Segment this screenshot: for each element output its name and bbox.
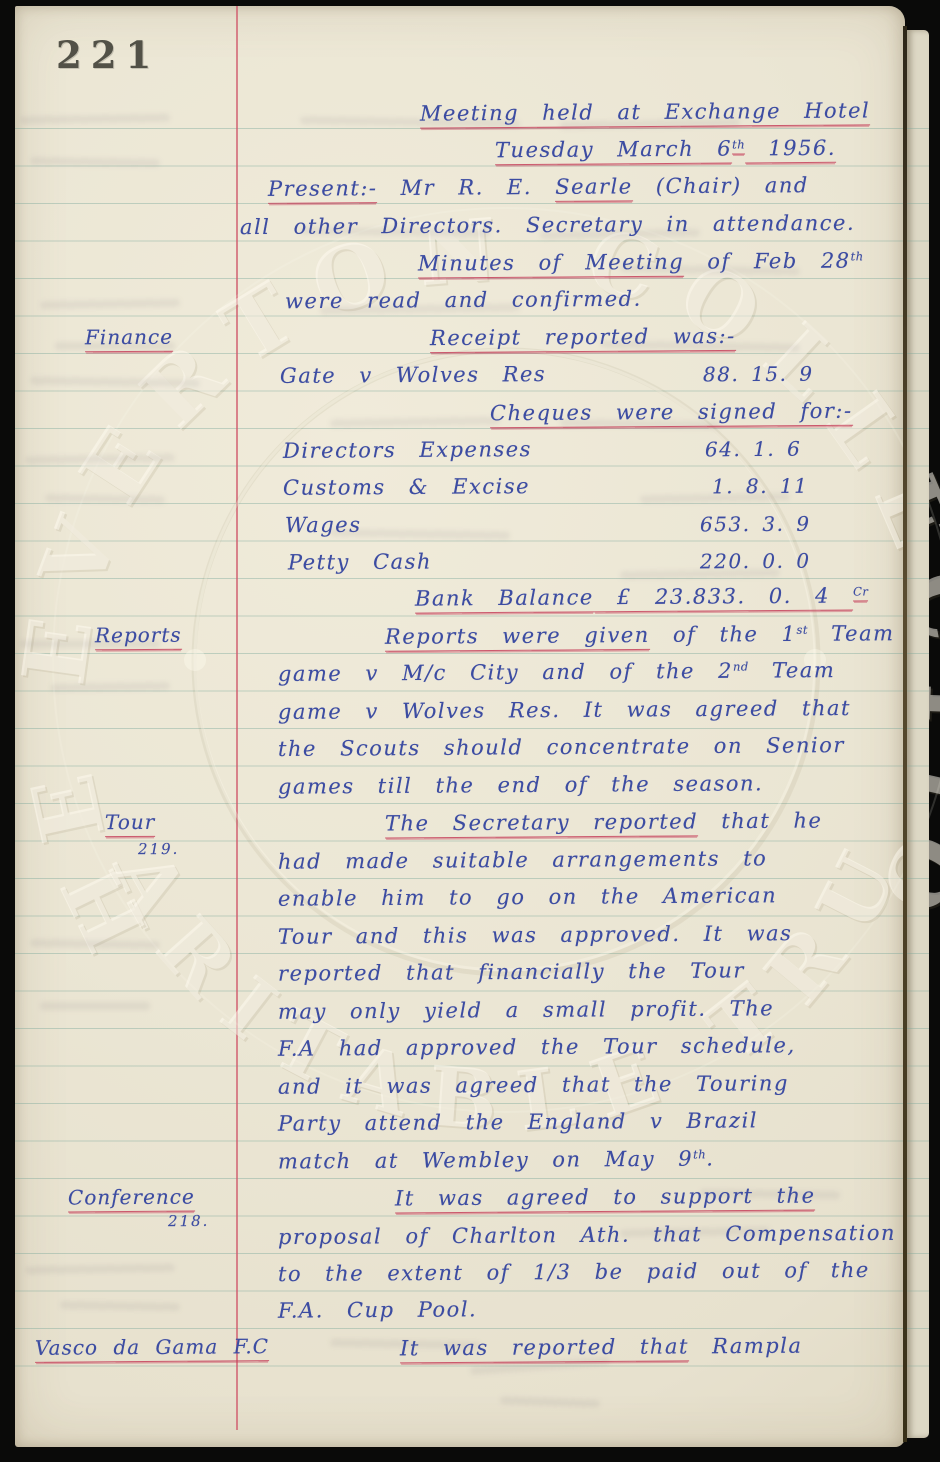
line-conference-label: Conference (68, 1185, 195, 1210)
text-segment: reported that financially the Tour (278, 958, 745, 985)
text-segment: Searle (555, 174, 633, 202)
text-segment: th (693, 1147, 706, 1161)
line-reports-label: Reports (95, 623, 182, 648)
line-conference-line-2: proposal of Charlton Ath. that Compensat… (278, 1221, 896, 1249)
text-segment: Cr (853, 584, 868, 601)
line-directors-expenses-amount: 64. 1. 6 (705, 437, 801, 462)
line-tour-line-10: match at Wembley on May 9th. (278, 1146, 715, 1173)
text-segment: Petty Cash (288, 549, 432, 574)
line-tour-line-6: may only yield a small profit. The (278, 996, 774, 1023)
text-segment: 64. 1. 6 (705, 437, 801, 462)
folio-number-stamp: 221 (56, 33, 160, 77)
line-minutes-2: were read and confirmed. (285, 287, 642, 313)
line-cheques-heading: Cheques were signed for:- (490, 399, 853, 426)
text-segment: F.A. Cup Pool. (278, 1297, 477, 1322)
adjacent-page-edge (907, 30, 929, 1438)
text-segment: all other Directors. Secretary in attend… (240, 211, 855, 239)
line-gate-amount: 88. 15. 9 (703, 362, 814, 387)
red-margin-rule (236, 6, 238, 1430)
text-segment: Reports (95, 623, 182, 651)
line-tour-line-3: enable him to go on the American (278, 883, 777, 910)
text-segment: Tour and this was approved. It was (278, 921, 793, 949)
line-present-1: Present:- Mr R. E. Searle (Chair) and (268, 173, 809, 201)
line-finance-label: Finance (85, 325, 173, 350)
text-segment: Rampla (689, 1334, 803, 1359)
line-bank-balance: Bank Balance £ 23.833. 0. 4 Cr (415, 583, 869, 610)
line-heading-venue: Meeting held at Exchange Hotel (420, 98, 870, 125)
line-conference-line-4: F.A. Cup Pool. (278, 1297, 477, 1322)
text-segment: to the extent of 1/3 be paid out of the (278, 1258, 870, 1286)
line-conference-line-3: to the extent of 1/3 be paid out of the (278, 1258, 870, 1286)
text-segment: nd (733, 660, 749, 674)
text-segment: and it was agreed that the Touring (278, 1071, 789, 1099)
text-segment: Mr R. E. (377, 175, 555, 200)
text-segment: 88. 15. 9 (703, 362, 814, 387)
line-petty-cash-amount: 220. 0. 0 (700, 549, 811, 574)
line-petty-cash-item: Petty Cash (288, 549, 432, 574)
line-reports-line-1: Reports were given of the 1st Team (385, 621, 895, 649)
line-customs-excise-item: Customs & Excise (283, 474, 530, 500)
text-segment: F.A had approved the Tour schedule, (278, 1033, 796, 1061)
text-segment: the Scouts should concentrate on Senior (278, 733, 845, 761)
ink-bleed-smudge (40, 1002, 150, 1010)
text-segment: 1. 8. 11 (712, 474, 808, 499)
line-wages-amount: 653. 3. 9 (700, 512, 811, 537)
line-conference-ref: 218. (168, 1212, 210, 1230)
line-heading-date: Tuesday March 6th 1956. (495, 136, 836, 162)
text-segment: game v M/c City and of the 2 (278, 659, 733, 686)
line-vasco-line-1: It was reported that Rampla (400, 1334, 803, 1361)
text-segment: 1956. (745, 136, 836, 164)
line-reports-line-4: the Scouts should concentrate on Senior (278, 733, 845, 761)
line-tour-line-7: F.A had approved the Tour schedule, (278, 1033, 796, 1061)
text-segment: £ 23.833. 0. 4 (594, 584, 853, 613)
adjacent-page-rules (907, 128, 929, 1373)
line-tour-line-9: Party attend the England v Brazil (278, 1108, 758, 1135)
line-customs-excise-amount: 1. 8. 11 (712, 474, 808, 499)
text-segment: Receipt reported was:- (430, 324, 736, 353)
text-segment: Reports were given (385, 623, 650, 652)
text-segment: had made suitable arrangements to (278, 846, 767, 873)
text-segment: Minutes of Meeting (418, 250, 684, 279)
text-segment: match at Wembley on May 9 (278, 1147, 693, 1174)
text-segment: Tuesday March 6 (495, 137, 732, 166)
text-segment: Wages (285, 513, 362, 538)
text-segment: Team (749, 658, 836, 683)
text-segment: Tour (105, 810, 155, 837)
text-segment: game v Wolves Res. It was agreed that (278, 696, 851, 724)
text-segment: that he (698, 808, 822, 833)
line-tour-line-8: and it was agreed that the Touring (278, 1071, 789, 1099)
line-tour-ref: 219. (138, 840, 180, 858)
text-segment: 653. 3. 9 (700, 512, 811, 537)
text-segment: 219. (138, 840, 180, 858)
text-segment: Party attend the England v Brazil (278, 1108, 758, 1135)
text-segment: proposal of Charlton Ath. that Compensat… (278, 1221, 896, 1249)
text-segment: It was reported that (400, 1334, 689, 1363)
text-segment: of Feb 28 (684, 249, 851, 274)
line-directors-expenses-item: Directors Expenses (283, 437, 532, 463)
text-segment: may only yield a small profit. The (278, 996, 774, 1023)
text-segment: th (851, 249, 864, 263)
text-segment: Meeting held at Exchange Hotel (420, 98, 870, 128)
line-gate-item: Gate v Wolves Res (280, 362, 546, 388)
line-tour-line-1: The Secretary reported that he (385, 808, 823, 835)
text-segment: were read and confirmed. (285, 287, 642, 313)
text-segment: enable him to go on the American (278, 883, 777, 910)
text-segment: games till the end of the season. (278, 771, 763, 798)
text-segment: of the 1 (650, 622, 797, 647)
line-conference-line-1: It was agreed to support the (395, 1184, 816, 1211)
line-present-2: all other Directors. Secretary in attend… (240, 211, 855, 239)
line-reports-line-3: game v Wolves Res. It was agreed that (278, 696, 851, 724)
text-segment: (Chair) and (633, 173, 809, 198)
text-segment: . (706, 1146, 714, 1170)
text-segment: st (796, 623, 808, 637)
text-segment: Directors Expenses (283, 437, 532, 463)
line-tour-label: Tour (105, 810, 155, 834)
text-segment: th (732, 137, 745, 154)
text-segment: Gate v Wolves Res (280, 362, 546, 388)
text-segment: Cheques were signed for:- (490, 399, 853, 429)
text-segment: Team (808, 621, 895, 646)
scanned-minute-book-page: THE EVERTON COLLECTION THE EVERTON COLLE… (0, 0, 940, 1462)
text-segment: Finance (85, 325, 173, 353)
line-reports-line-5: games till the end of the season. (278, 771, 763, 798)
line-vasco-label: Vasco da Gama F.C (35, 1334, 269, 1360)
text-segment: The Secretary reported (385, 809, 698, 838)
text-segment: Bank Balance (415, 585, 594, 613)
line-minutes-1: Minutes of Meeting of Feb 28th (418, 248, 864, 275)
text-segment: Customs & Excise (283, 474, 530, 500)
line-receipts-heading: Receipt reported was:- (430, 324, 736, 350)
text-segment: Vasco da Gama F.C (35, 1334, 269, 1363)
line-tour-line-5: reported that financially the Tour (278, 958, 745, 985)
text-segment: 218. (168, 1212, 210, 1230)
text-segment: Conference (68, 1185, 195, 1213)
line-wages-item: Wages (285, 513, 362, 538)
line-tour-line-2: had made suitable arrangements to (278, 846, 767, 873)
line-tour-line-4: Tour and this was approved. It was (278, 921, 793, 949)
text-segment: Present:- (268, 176, 378, 204)
text-segment: It was agreed to support the (395, 1184, 816, 1214)
line-reports-line-2: game v M/c City and of the 2nd Team (278, 658, 835, 686)
text-segment: 220. 0. 0 (700, 549, 811, 574)
